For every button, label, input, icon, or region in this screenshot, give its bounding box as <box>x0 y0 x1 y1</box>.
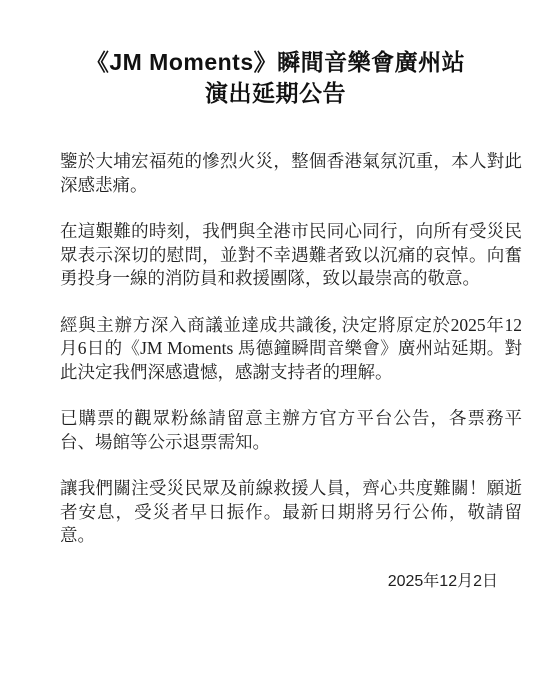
announcement-body: 鑒於大埔宏福苑的慘烈火災，整個香港氣氛沉重，本人對此深感悲痛。 在這艱難的時刻，… <box>60 150 522 592</box>
announcement-date: 2025年12月2日 <box>60 571 522 592</box>
title-line-1: 《JM Moments》瞬間音樂會廣州站 <box>0 47 551 78</box>
paragraph-closing-wishes: 讓我們關注受災民眾及前線救援人員，齊心共度難關！願逝者安息，受災者早日振作。最新… <box>60 477 522 548</box>
paragraph-postponement-decision: 經與主辦方深入商議並達成共識後, 決定將原定於2025年12月6日的《JM Mo… <box>60 314 522 385</box>
paragraph-ticket-refund-notice: 已購票的觀眾粉絲請留意主辦方官方平台公告，各票務平台、場館等公示退票需知。 <box>60 407 522 454</box>
title-line-2: 演出延期公告 <box>0 78 551 109</box>
announcement-title: 《JM Moments》瞬間音樂會廣州站 演出延期公告 <box>0 0 551 109</box>
paragraph-solidarity: 在這艱難的時刻，我們與全港市民同心同行，向所有受災民眾表示深切的慰問，並對不幸遇… <box>60 220 522 291</box>
paragraph-condolence-intro: 鑒於大埔宏福苑的慘烈火災，整個香港氣氛沉重，本人對此深感悲痛。 <box>60 150 522 197</box>
announcement-page: 《JM Moments》瞬間音樂會廣州站 演出延期公告 鑒於大埔宏福苑的慘烈火災… <box>0 0 551 690</box>
